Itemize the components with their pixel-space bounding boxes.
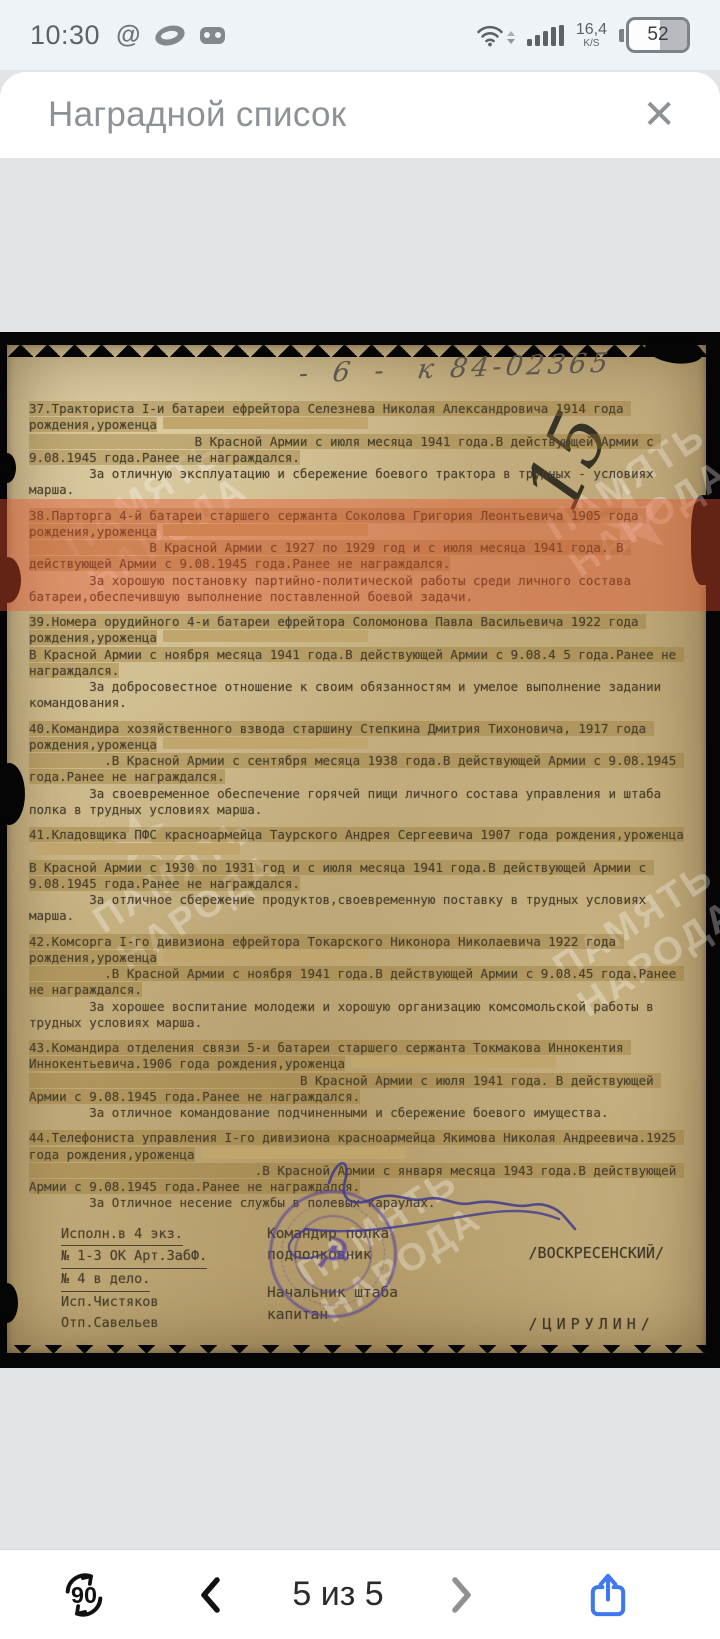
redaction-bar [201,1147,406,1159]
distribution-line: Отп.Савельев [61,1315,159,1331]
chevron-right-icon [449,1576,475,1614]
redaction-bar [163,950,368,962]
distribution-notes: Исполн.в 4 экз.№ 1-3 ОК Арт.ЗабФ.№ 4 в д… [61,1224,253,1335]
rotate-label: 90 [71,1582,97,1608]
redaction-bar [163,737,368,749]
award-entry: 43.Командира отделения связи 5-и батареи… [29,1040,692,1121]
entries: 37.Тракториста I-и батареи ефрейтора Сел… [29,401,692,1212]
next-page-button[interactable] [430,1550,494,1639]
award-entry: 41.Кладовщика ПФС красноармейца Таурског… [29,827,692,925]
network-speed: 16,4 K/S [576,22,607,49]
torn-edge-bottom [7,1345,706,1354]
redaction-bar [163,417,368,429]
wifi-icon [476,24,504,47]
dialog-header: Наградной список ✕ [0,72,720,158]
award-entry: 37.Тракториста I-и батареи ефрейтора Сел… [29,401,692,499]
status-bar: 10:30 @ 16,4 K/S 52 [0,0,720,70]
award-entry: 39.Номера орудийного 4-и батареи ефрейто… [29,614,692,712]
redaction-bar [35,843,240,855]
redaction-bar [163,630,368,642]
officer-names: /ВОСКРЕСЕНСКИЙ/ /ЦИРУЛИН/ [529,1224,664,1335]
document-text: 37.Тракториста I-и батареи ефрейтора Сел… [7,345,706,1335]
document-viewer[interactable]: ПАМЯТЬ НАРОДА ПАМЯТЬ НАРОДА ПАМЯТЬ НАРОД… [0,332,720,1368]
award-entry: 40.Командира хозяйственного взвода старш… [29,721,692,819]
chevron-left-icon [197,1576,223,1614]
scanned-document: ПАМЯТЬ НАРОДА ПАМЯТЬ НАРОДА ПАМЯТЬ НАРОД… [7,345,706,1353]
distribution-line: Исп.Чистяков [61,1294,159,1310]
clock: 10:30 [30,20,100,51]
redaction-bar [163,524,368,536]
rotate-90-button[interactable]: 90 [48,1550,120,1639]
redaction-bar [351,1056,556,1068]
hammer-sickle-icon: ☭ [314,1233,352,1275]
distribution-line: № 4 в дело. [61,1269,150,1292]
award-entry: 42.Комсорга I-го дивизиона ефрейтора Ток… [29,934,692,1032]
battery-percent: 52 [647,24,668,46]
commander-name: /ВОСКРЕСЕНСКИЙ/ [529,1244,664,1264]
oval-app-icon [153,22,187,49]
distribution-line: № 1-3 ОК Арт.ЗабФ. [61,1246,207,1269]
share-icon [581,1568,635,1622]
previous-page-button[interactable] [178,1550,242,1639]
page-indicator: 5 из 5 [272,1550,404,1639]
battery-icon: 52 [619,17,690,53]
signal-strength-icon [527,25,564,46]
traffic-arrows-icon [507,31,515,47]
viewer-toolbar: 90 5 из 5 [0,1550,720,1639]
chief-name: /ЦИРУЛИН/ [529,1315,664,1335]
award-entry: 38.Парторга 4-й батареи старшего сержант… [29,508,692,606]
round-stamp: ☭ [269,1190,397,1318]
at-notification-icon: @ [116,23,140,48]
distribution-line: Исполн.в 4 экз. [61,1224,183,1247]
share-button[interactable] [572,1550,644,1639]
gamepad-icon [200,27,225,44]
close-icon[interactable]: ✕ [634,91,684,139]
page-title: Наградной список [48,95,346,135]
